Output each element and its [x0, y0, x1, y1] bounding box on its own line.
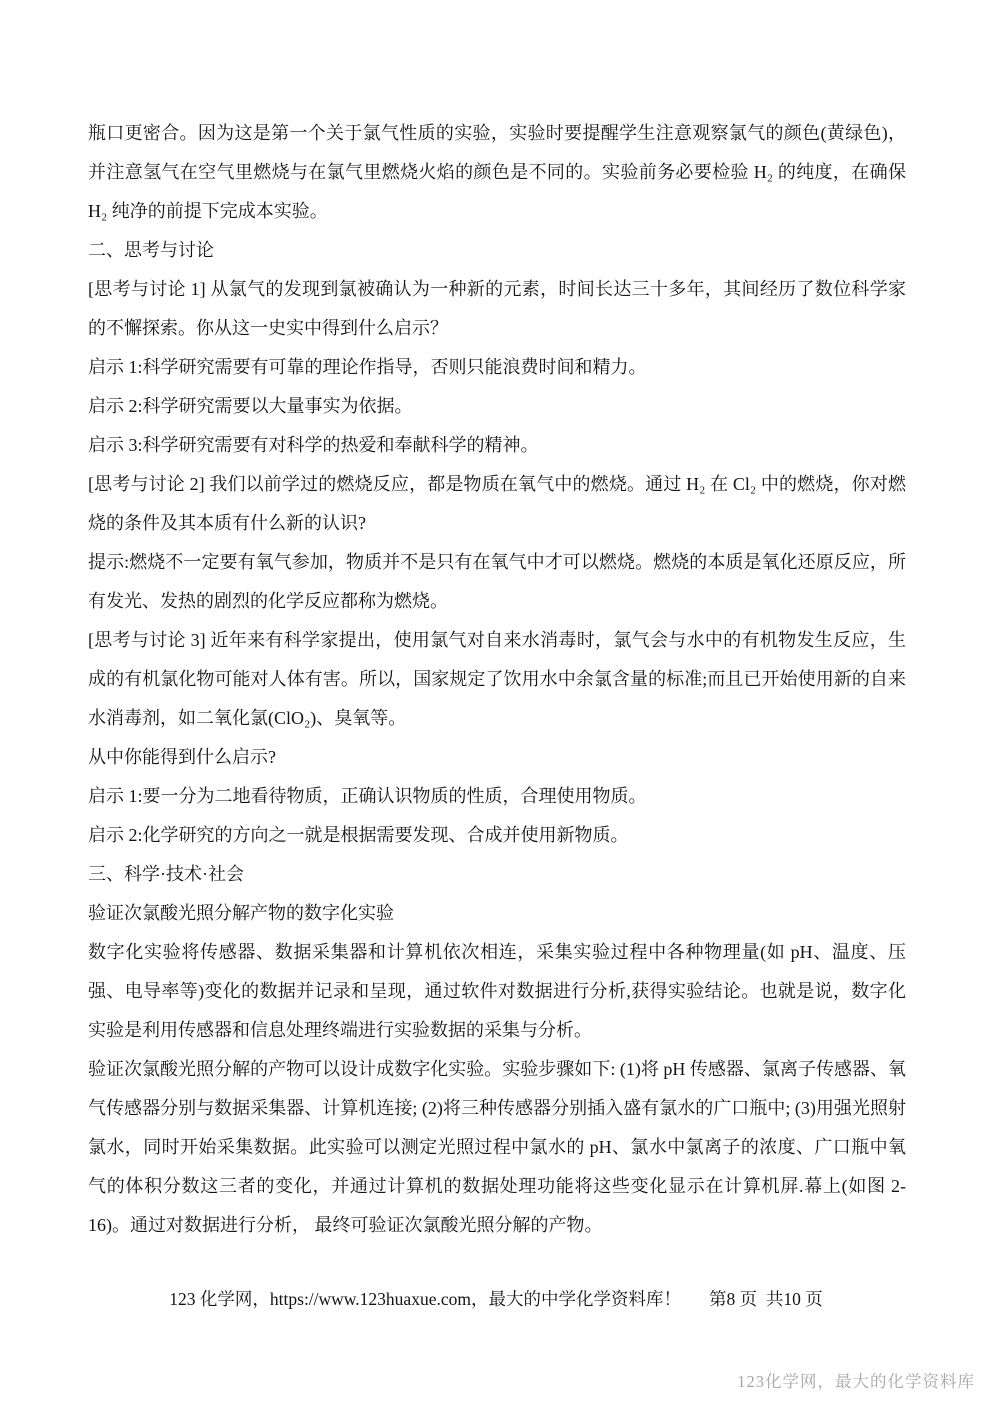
- section-heading-discussion: 二、思考与讨论: [88, 231, 906, 270]
- footer-page-number: 第8 页 共10 页: [709, 1286, 823, 1311]
- paragraph-discussion-2: [思考与讨论 2] 我们以前学过的燃烧反应，都是物质在氧气中的燃烧。通过 H₂ …: [88, 465, 906, 543]
- paragraph-insight-1: 启示 1:科学研究需要有可靠的理论作指导，否则只能浪费时间和精力。: [88, 348, 906, 387]
- paragraph-insight-3: 启示 3:科学研究需要有对科学的热爱和奉献科学的精神。: [88, 426, 906, 465]
- paragraph-digital-experiment-steps: 验证次氯酸光照分解的产物可以设计成数字化实验。实验步骤如下: (1)将 pH 传…: [88, 1050, 906, 1245]
- section-heading-sts: 三、科学·技术·社会: [88, 855, 906, 894]
- paragraph-discussion-3: [思考与讨论 3] 近年来有科学家提出，使用氯气对自来水消毒时，氯气会与水中的有…: [88, 621, 906, 738]
- footer-site-info: 123 化学网，https://www.123huaxue.com，最大的中学化…: [169, 1286, 681, 1311]
- subsection-heading-digital-experiment: 验证次氯酸光照分解产物的数字化实验: [88, 894, 906, 933]
- paragraph-insight2-2: 启示 2:化学研究的方向之一就是根据需要发现、合成并使用新物质。: [88, 816, 906, 855]
- document-content: 瓶口更密合。因为这是第一个关于氯气性质的实验，实验时要提醒学生注意观察氯气的颜色…: [88, 114, 906, 1245]
- body-paragraph-experiment-note: 瓶口更密合。因为这是第一个关于氯气性质的实验，实验时要提醒学生注意观察氯气的颜色…: [88, 114, 906, 231]
- paragraph-insight2-1: 启示 1:要一分为二地看待物质，正确认识物质的性质，合理使用物质。: [88, 777, 906, 816]
- paragraph-insight-2: 启示 2:科学研究需要以大量事实为依据。: [88, 387, 906, 426]
- paragraph-digital-experiment-intro: 数字化实验将传感器、数据采集器和计算机依次相连，采集实验过程中各种物理量(如 p…: [88, 933, 906, 1050]
- paragraph-discussion-1: [思考与讨论 1] 从氯气的发现到氯被确认为一种新的元素，时间长达三十多年，其间…: [88, 270, 906, 348]
- paragraph-question: 从中你能得到什么启示?: [88, 738, 906, 777]
- page-footer: 123 化学网，https://www.123huaxue.com，最大的中学化…: [0, 1286, 992, 1311]
- document-page: 瓶口更密合。因为这是第一个关于氯气性质的实验，实验时要提醒学生注意观察氯气的颜色…: [0, 0, 992, 1403]
- watermark: 123化学网，最大的化学资料库: [737, 1368, 975, 1392]
- paragraph-hint: 提示:燃烧不一定要有氧气参加，物质并不是只有在氧气中才可以燃烧。燃烧的本质是氧化…: [88, 543, 906, 621]
